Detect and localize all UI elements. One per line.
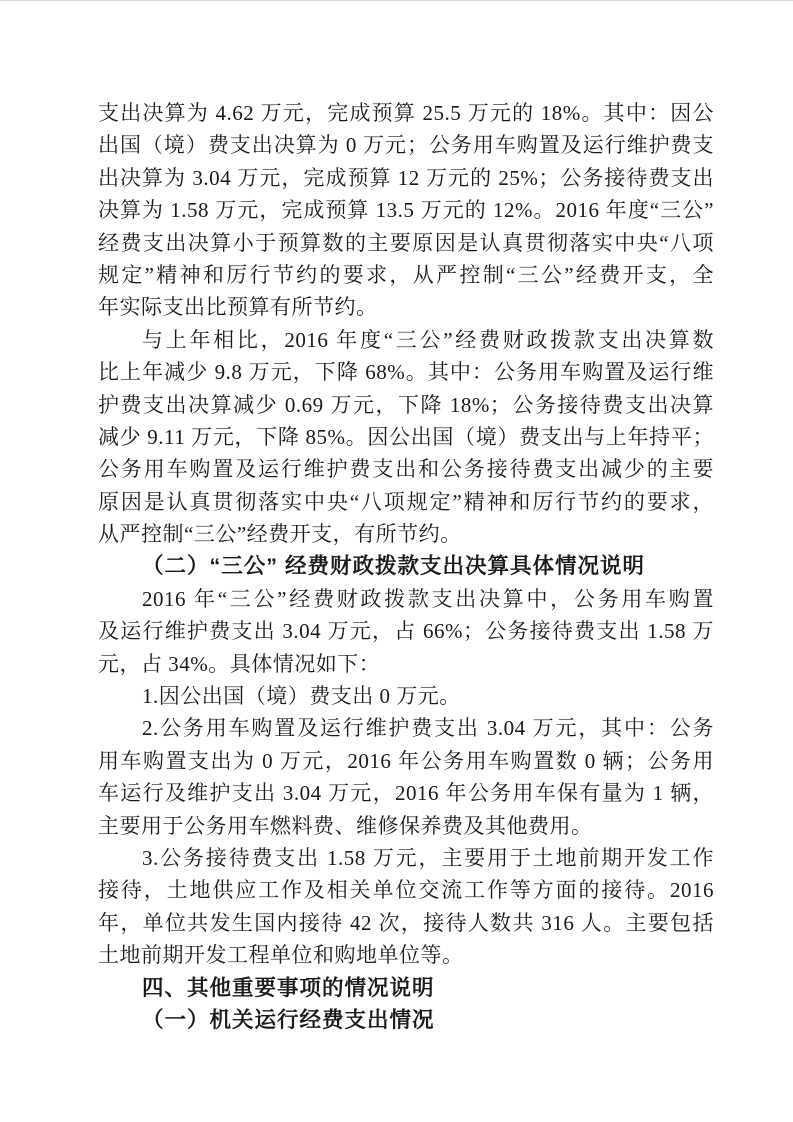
- body-text-line: 2016 年“三公”经费财政拨款支出决算中，公务用车购置: [98, 583, 714, 615]
- body-text-line: 元，占 34%。具体情况如下：: [98, 648, 714, 680]
- body-text-line: 3.公务接待费支出 1.58 万元，主要用于土地前期开发工作: [98, 842, 714, 874]
- section-heading: 四、其他重要事项的情况说明: [98, 972, 714, 1004]
- body-text-line: 从严控制“三公”经费开支，有所节约。: [98, 518, 714, 550]
- body-text-line: 2.公务用车购置及运行维护费支出 3.04 万元，其中：公务: [98, 712, 714, 744]
- body-text-line: 出决算为 3.04 万元，完成预算 12 万元的 25%；公务接待费支出: [98, 162, 714, 194]
- body-text-line: 减少 9.11 万元，下降 85%。因公出国（境）费支出与上年持平；: [98, 421, 714, 453]
- body-text-line: 与上年相比，2016 年度“三公”经费财政拨款支出决算数: [98, 324, 714, 356]
- body-text-line: 年，单位共发生国内接待 42 次，接待人数共 316 人。主要包括: [98, 907, 714, 939]
- section-heading: （一）机关运行经费支出情况: [98, 1004, 714, 1036]
- body-text-line: 年实际支出比预算有所节约。: [98, 291, 714, 323]
- body-text-line: 公务用车购置及运行维护费支出和公务接待费支出减少的主要: [98, 453, 714, 485]
- body-text-line: 1.因公出国（境）费支出 0 万元。: [98, 680, 714, 712]
- section-heading: （二）“三公” 经费财政拨款支出决算具体情况说明: [98, 550, 714, 582]
- body-text-line: 原因是认真贯彻落实中央“八项规定”精神和厉行节约的要求，: [98, 486, 714, 518]
- body-text-line: 支出决算为 4.62 万元，完成预算 25.5 万元的 18%。其中：因公: [98, 97, 714, 129]
- body-text-line: 比上年减少 9.8 万元，下降 68%。其中：公务用车购置及运行维: [98, 356, 714, 388]
- body-text-line: 出国（境）费支出决算为 0 万元；公务用车购置及运行维护费支: [98, 129, 714, 161]
- body-text-line: 土地前期开发工程单位和购地单位等。: [98, 939, 714, 971]
- body-text-line: 护费支出决算减少 0.69 万元，下降 18%；公务接待费支出决算: [98, 389, 714, 421]
- body-text-line: 主要用于公务用车燃料费、维修保养费及其他费用。: [98, 810, 714, 842]
- text-block: 支出决算为 4.62 万元，完成预算 25.5 万元的 18%。其中：因公 出国…: [98, 97, 714, 1036]
- body-text-line: 决算为 1.58 万元，完成预算 13.5 万元的 12%。2016 年度“三公…: [98, 194, 714, 226]
- body-text-line: 规定”精神和厉行节约的要求，从严控制“三公”经费开支，全: [98, 259, 714, 291]
- body-text-line: 及运行维护费支出 3.04 万元，占 66%；公务接待费支出 1.58 万: [98, 615, 714, 647]
- body-text-line: 用车购置支出为 0 万元，2016 年公务用车购置数 0 辆；公务用: [98, 745, 714, 777]
- document-page: 支出决算为 4.62 万元，完成预算 25.5 万元的 18%。其中：因公 出国…: [0, 0, 793, 1122]
- body-text-line: 经费支出决算小于预算数的主要原因是认真贯彻落实中央“八项: [98, 227, 714, 259]
- body-text-line: 接待，土地供应工作及相关单位交流工作等方面的接待。2016: [98, 874, 714, 906]
- body-text-line: 车运行及维护支出 3.04 万元，2016 年公务用车保有量为 1 辆，: [98, 777, 714, 809]
